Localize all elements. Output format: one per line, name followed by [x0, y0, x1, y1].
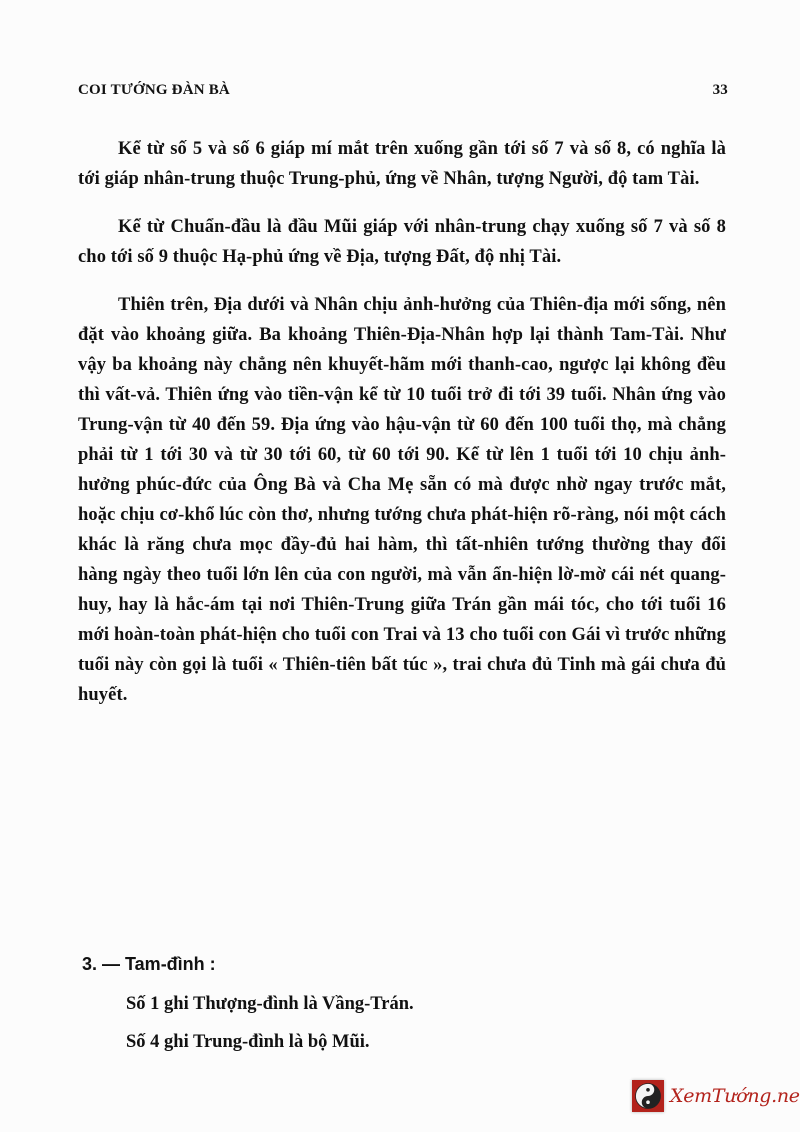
- site-watermark: XemTướng.net: [632, 1078, 800, 1114]
- yin-yang-icon: [632, 1080, 664, 1112]
- running-title: COI TƯỚNG ĐÀN BÀ: [78, 82, 230, 99]
- running-header: COI TƯỚNG ĐÀN BÀ 33: [78, 82, 728, 99]
- section-line-thuong-dinh: Số 1 ghi Thượng-đình là Vầng-Trán.: [126, 987, 722, 1021]
- section-tam-dinh: 3. — Tam-đình : Số 1 ghi Thượng-đình là …: [82, 954, 722, 1063]
- book-page: COI TƯỚNG ĐÀN BÀ 33 Kể từ số 5 và số 6 g…: [0, 0, 800, 1132]
- body-text: Kể từ số 5 và số 6 giáp mí mắt trên xuốn…: [78, 134, 726, 728]
- page-number: 33: [713, 82, 728, 99]
- section-heading: 3. — Tam-đình :: [82, 954, 722, 975]
- paragraph-nhan-tai: Kể từ số 5 và số 6 giáp mí mắt trên xuốn…: [78, 134, 726, 194]
- watermark-text: XemTướng.net: [670, 1085, 800, 1107]
- section-line-trung-dinh: Số 4 ghi Trung-đình là bộ Mũi.: [126, 1025, 722, 1059]
- paragraph-tam-tai: Thiên trên, Địa dưới và Nhân chịu ảnh-hư…: [78, 290, 726, 710]
- paragraph-dia-tai: Kể từ Chuẩn-đầu là đầu Mũi giáp với nhân…: [78, 212, 726, 272]
